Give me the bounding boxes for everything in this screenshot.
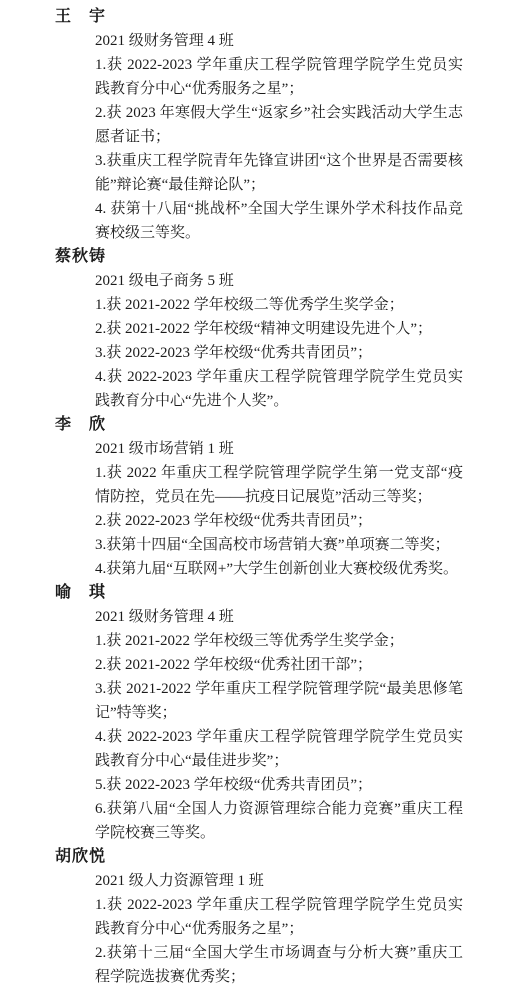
achievement-item: 3.获重庆工程学院青年先锋宣讲团“这个世界是否需要核能”辩论赛“最佳辩论队”；: [95, 149, 463, 197]
achievement-item: 3.获第十四届“全国高校市场营销大赛”单项赛二等奖；: [95, 533, 463, 557]
student-entry: 李 欣 2021 级市场营销 1 班 1.获 2022 年重庆工程学院管理学院学…: [55, 413, 463, 581]
student-name: 蔡秋铸: [55, 245, 463, 269]
student-class: 2021 级财务管理 4 班: [95, 605, 463, 629]
achievement-item: 2.获 2021-2022 学年校级“精神文明建设先进个人”；: [95, 317, 463, 341]
achievement-item: 1.获 2022-2023 学年重庆工程学院管理学院学生党员实践教育分中心“优秀…: [95, 893, 463, 941]
achievement-item: 5.获 2022-2023 学年校级“优秀共青团员”；: [95, 773, 463, 797]
achievement-item: 4.获 2022-2023 学年重庆工程学院管理学院学生党员实践教育分中心“先进…: [95, 365, 463, 413]
achievement-item: 4.获第九届“互联网+”大学生创新创业大赛校级优秀奖。: [95, 557, 463, 581]
achievement-item: 2.获 2022-2023 学年校级“优秀共青团员”；: [95, 509, 463, 533]
student-entry: 喻 琪 2021 级财务管理 4 班 1.获 2021-2022 学年校级三等优…: [55, 581, 463, 845]
student-class: 2021 级财务管理 4 班: [95, 29, 463, 53]
achievement-item: 6.获第八届“全国人力资源管理综合能力竞赛”重庆工程学院校赛三等奖。: [95, 797, 463, 845]
achievement-item: 3.获 2022-2023 学年校级“优秀共青团员”；: [95, 341, 463, 365]
student-record: 2021 级财务管理 4 班 1.获 2021-2022 学年校级三等优秀学生奖…: [95, 605, 463, 845]
student-name: 李 欣: [55, 413, 463, 437]
achievement-item: 1.获 2021-2022 学年校级二等优秀学生奖学金；: [95, 293, 463, 317]
student-record: 2021 级人力资源管理 1 班 1.获 2022-2023 学年重庆工程学院管…: [95, 869, 463, 989]
student-name: 喻 琪: [55, 581, 463, 605]
achievement-item: 4.获 2022-2023 学年重庆工程学院管理学院学生党员实践教育分中心“最佳…: [95, 725, 463, 773]
student-name: 胡欣悦: [55, 845, 463, 869]
achievement-item: 2.获 2021-2022 学年校级“优秀社团干部”；: [95, 653, 463, 677]
student-record: 2021 级市场营销 1 班 1.获 2022 年重庆工程学院管理学院学生第一党…: [95, 437, 463, 581]
document-page: 王 宇 2021 级财务管理 4 班 1.获 2022-2023 学年重庆工程学…: [0, 0, 513, 989]
student-entry: 蔡秋铸 2021 级电子商务 5 班 1.获 2021-2022 学年校级二等优…: [55, 245, 463, 413]
student-entry: 王 宇 2021 级财务管理 4 班 1.获 2022-2023 学年重庆工程学…: [55, 5, 463, 245]
achievement-item: 2.获 2023 年寒假大学生“返家乡”社会实践活动大学生志愿者证书；: [95, 101, 463, 149]
student-record: 2021 级财务管理 4 班 1.获 2022-2023 学年重庆工程学院管理学…: [95, 29, 463, 245]
achievement-item: 1.获 2022-2023 学年重庆工程学院管理学院学生党员实践教育分中心“优秀…: [95, 53, 463, 101]
achievement-item: 1.获 2021-2022 学年校级三等优秀学生奖学金；: [95, 629, 463, 653]
student-entry: 胡欣悦 2021 级人力资源管理 1 班 1.获 2022-2023 学年重庆工…: [55, 845, 463, 989]
student-class: 2021 级人力资源管理 1 班: [95, 869, 463, 893]
achievement-item: 1.获 2022 年重庆工程学院管理学院学生第一党支部“疫情防控，党员在先——抗…: [95, 461, 463, 509]
student-class: 2021 级电子商务 5 班: [95, 269, 463, 293]
achievement-item: 3.获 2021-2022 学年重庆工程学院管理学院“最美思修笔记”特等奖；: [95, 677, 463, 725]
student-class: 2021 级市场营销 1 班: [95, 437, 463, 461]
student-name: 王 宇: [55, 5, 463, 29]
student-record: 2021 级电子商务 5 班 1.获 2021-2022 学年校级二等优秀学生奖…: [95, 269, 463, 413]
achievement-item: 2.获第十三届“全国大学生市场调查与分析大赛”重庆工程学院选拔赛优秀奖；: [95, 941, 463, 989]
achievement-item: 4. 获第十八届“挑战杯”全国大学生课外学术科技作品竞赛校级三等奖。: [95, 197, 463, 245]
